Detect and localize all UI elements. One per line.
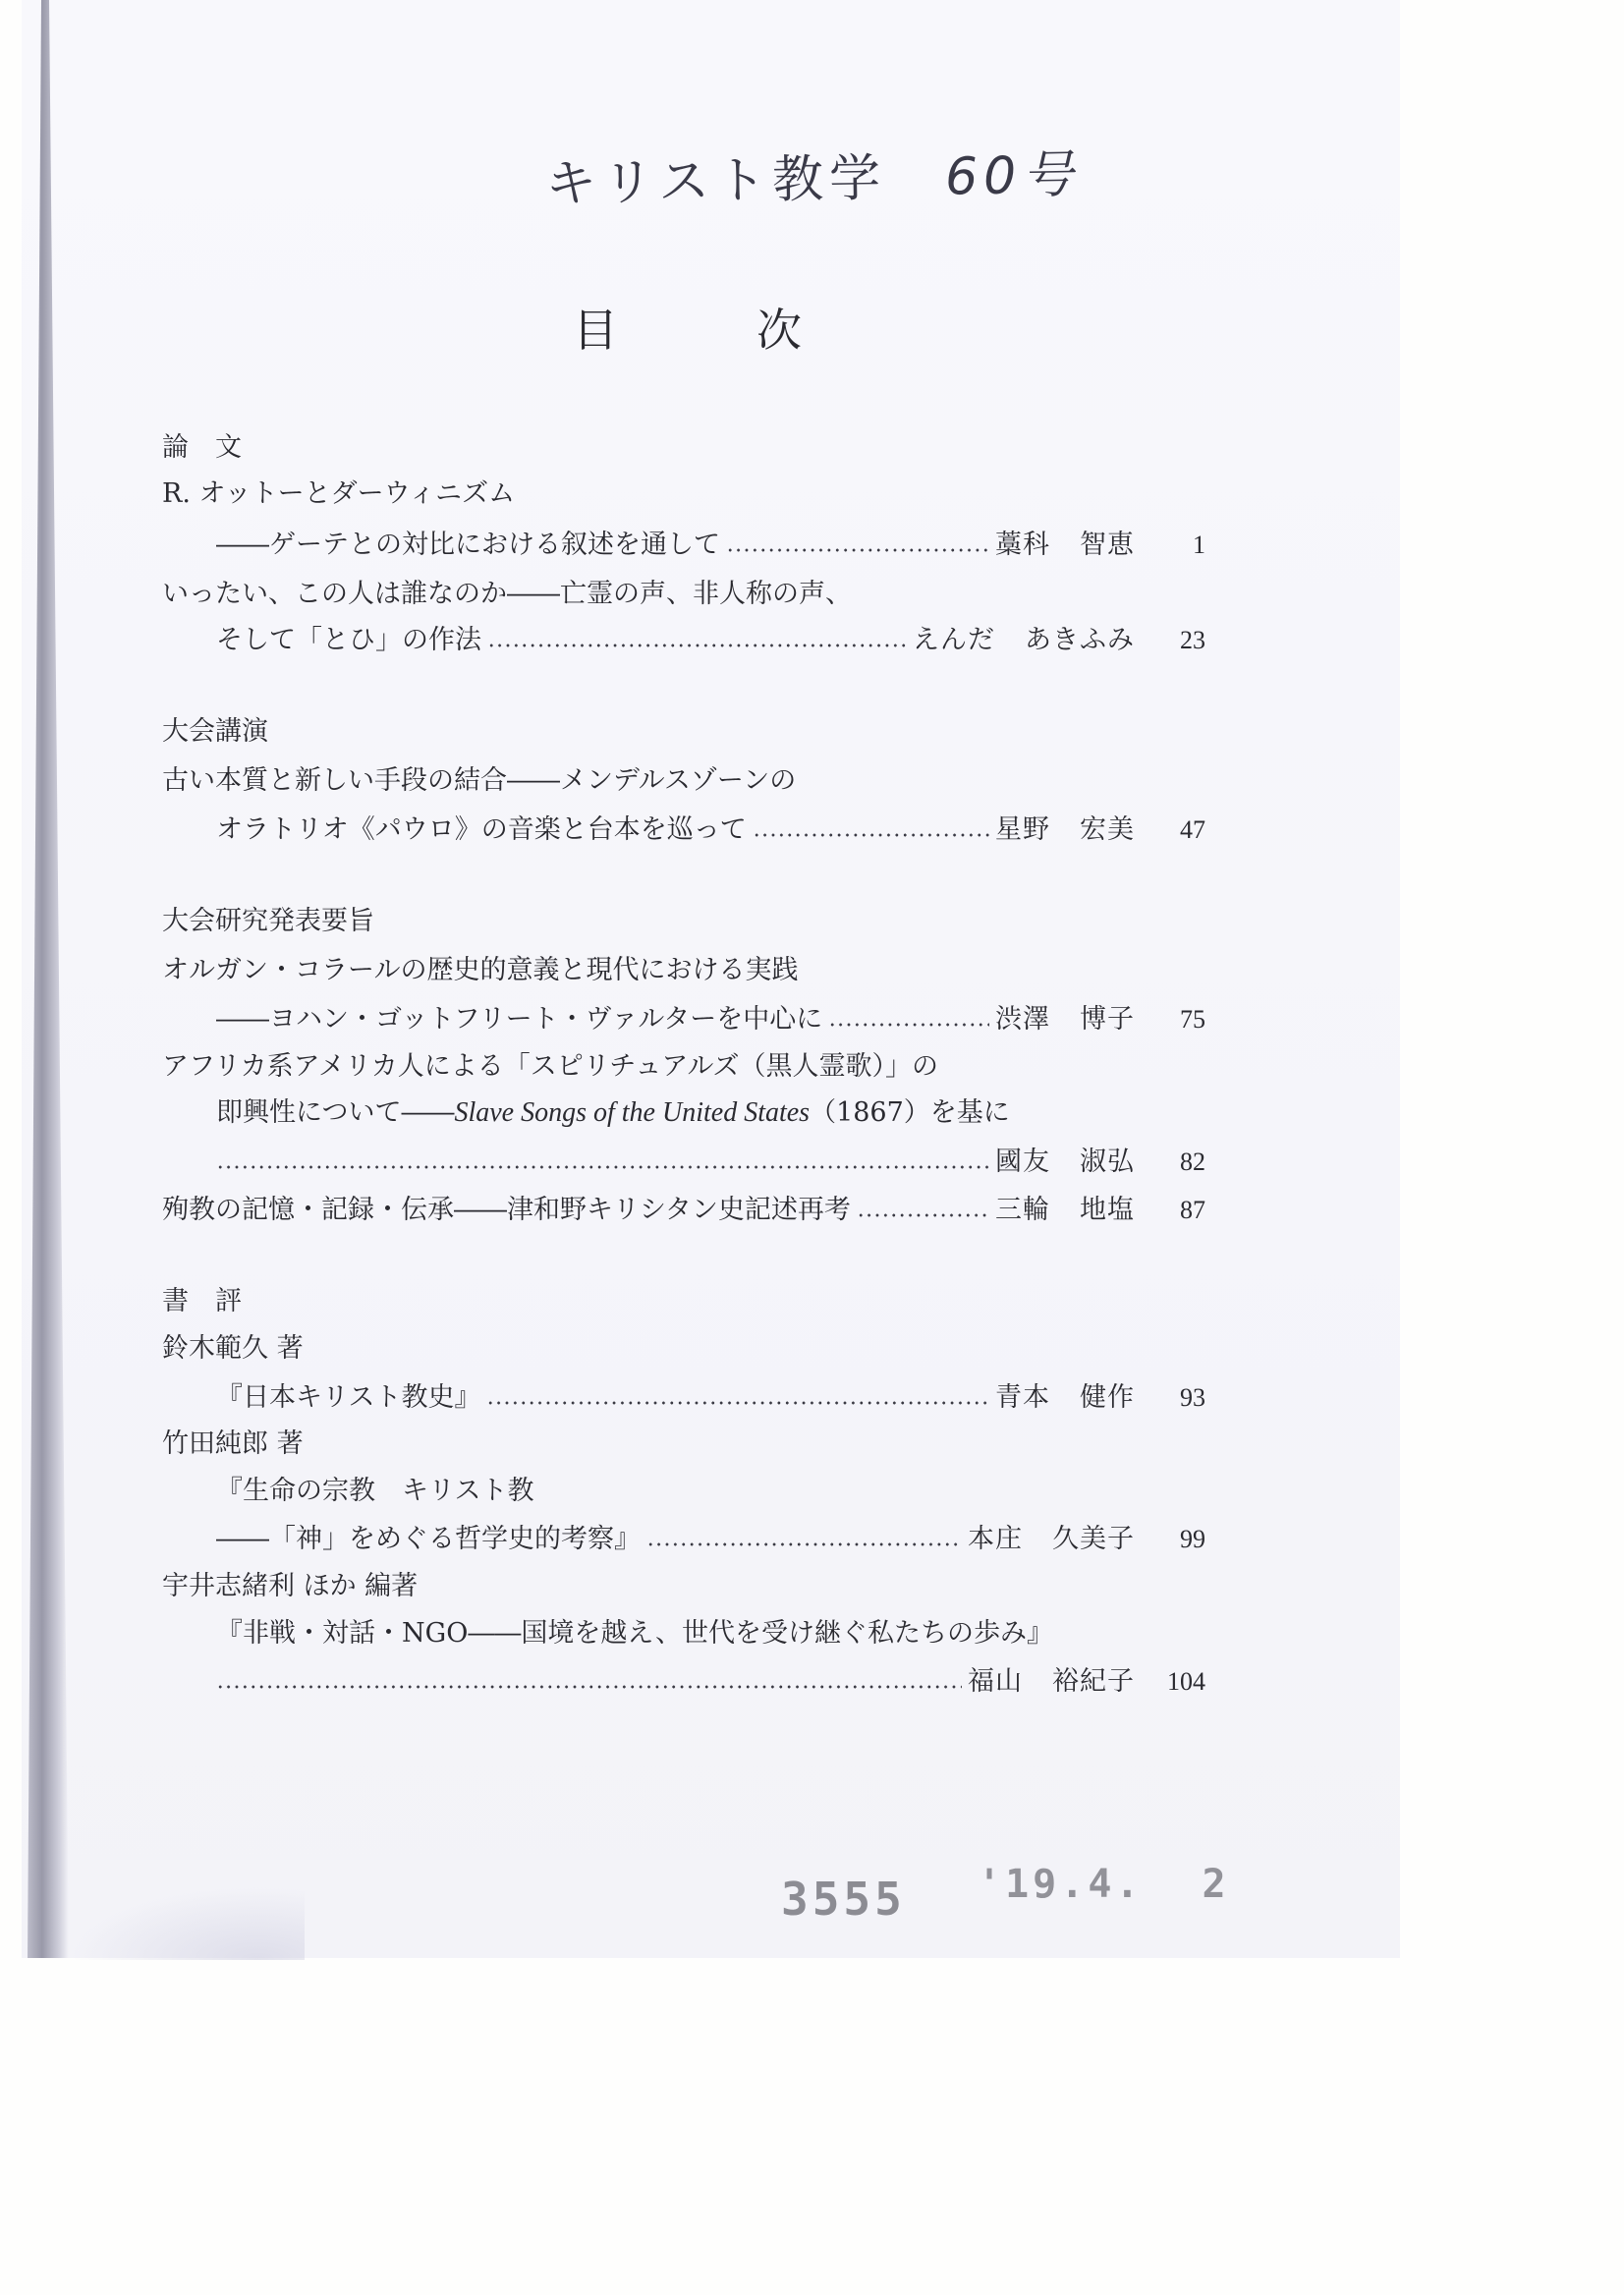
author-name: えんだあきふみ [913, 621, 1135, 660]
section-heading-shohyou: 書 評 [162, 1282, 1205, 1321]
author-name: 星野宏美 [995, 811, 1135, 850]
page-number: 82 [1135, 1143, 1205, 1182]
page-number: 93 [1135, 1378, 1205, 1418]
page-number: 1 [1135, 526, 1205, 565]
toc-title-char-1: 目 [573, 295, 618, 360]
toc-entry-line: オラトリオ《パウロ》の音楽と台本を巡って 星野宏美 47 [216, 811, 1205, 850]
toc-entry-subtitle: 即興性について――Slave Songs of the United State… [216, 1093, 1205, 1133]
leader-dots [726, 548, 989, 552]
toc-entry-line: 殉教の記憶・記録・伝承――津和野キリシタン史記述再考 三輪地塩 87 [162, 1191, 1205, 1230]
toc-entry-line: 『日本キリスト教史』 青本健作 93 [216, 1378, 1205, 1418]
section-heading-kouen: 大会講演 [162, 712, 1205, 752]
author-name: 國友淑弘 [995, 1143, 1135, 1182]
book-author: 鈴木範久 著 [162, 1329, 1205, 1369]
section-heading-ronbun: 論 文 [162, 428, 1205, 468]
author-name: 青本健作 [995, 1378, 1135, 1418]
toc-entry-line: 福山裕紀子 104 [216, 1662, 1205, 1702]
toc-entry-title: R. オットーとダーウィニズム [162, 475, 1205, 514]
page-number: 87 [1135, 1191, 1205, 1230]
author-name: 藁科智恵 [995, 526, 1135, 565]
journal-name: キリスト教学 [545, 149, 887, 214]
author-name: 本庄久美子 [968, 1520, 1135, 1559]
toc-entry-title: オルガン・コラールの歴史的意義と現代における実践 [162, 951, 1205, 990]
toc-entry-line: そして「とひ」の作法 えんだあきふみ 23 [216, 621, 1205, 660]
page-number: 104 [1135, 1662, 1205, 1702]
italic-book-title: Slave Songs of the United States [454, 1097, 810, 1128]
page-number: 75 [1135, 1000, 1205, 1039]
leader-dots [486, 1401, 989, 1405]
paper-corner-shadow [69, 1886, 305, 1960]
section-heading-happyou: 大会研究発表要旨 [162, 902, 1205, 941]
toc-entry-line: ――「神」をめぐる哲学史的考察』 本庄久美子 99 [216, 1520, 1205, 1559]
book-author: 竹田純郎 著 [162, 1425, 1205, 1464]
leader-dots [857, 1213, 989, 1217]
toc-entry-title: 古い本質と新しい手段の結合――メンデルスゾーンの [162, 761, 1205, 801]
handwritten-journal-title: キリスト教学60号 [544, 133, 1079, 215]
date-stamp: '19.4.2 [978, 1862, 1230, 1907]
book-title: 『非戦・対話・NGO――国境を越え、世代を受け継ぐ私たちの歩み』 [216, 1614, 1205, 1653]
author-name: 三輪地塩 [995, 1191, 1135, 1230]
toc-title-char-2: 次 [756, 295, 802, 360]
page-number: 47 [1135, 811, 1205, 850]
toc-entry-title: いったい、この人は誰なのか――亡霊の声、非人称の声、 [162, 575, 1205, 614]
book-title: 『生命の宗教 キリスト教 [216, 1472, 1205, 1511]
toc-entry-line: ――ゲーテとの対比における叙述を通して 藁科智恵 1 [216, 526, 1205, 565]
toc-entry-line: 國友淑弘 82 [216, 1143, 1205, 1182]
issue-number: 60号 [945, 145, 1080, 206]
page-number: 23 [1135, 621, 1205, 660]
accession-number-stamp: 3555 [781, 1873, 906, 1926]
page-number: 99 [1135, 1520, 1205, 1559]
book-author: 宇井志緒利 ほか 編著 [162, 1567, 1205, 1606]
leader-dots [753, 833, 989, 837]
toc-entry-title: アフリカ系アメリカ人による「スピリチュアルズ（黒人霊歌）」の [162, 1047, 1205, 1087]
leader-dots [646, 1542, 962, 1546]
toc-entry-line: ――ヨハン・ゴットフリート・ヴァルターを中心に 渋澤博子 75 [216, 1000, 1205, 1039]
author-name: 福山裕紀子 [968, 1662, 1135, 1702]
leader-dots [216, 1165, 989, 1169]
leader-dots [828, 1023, 989, 1027]
author-name: 渋澤博子 [995, 1000, 1135, 1039]
leader-dots [216, 1685, 962, 1689]
leader-dots [487, 644, 907, 647]
